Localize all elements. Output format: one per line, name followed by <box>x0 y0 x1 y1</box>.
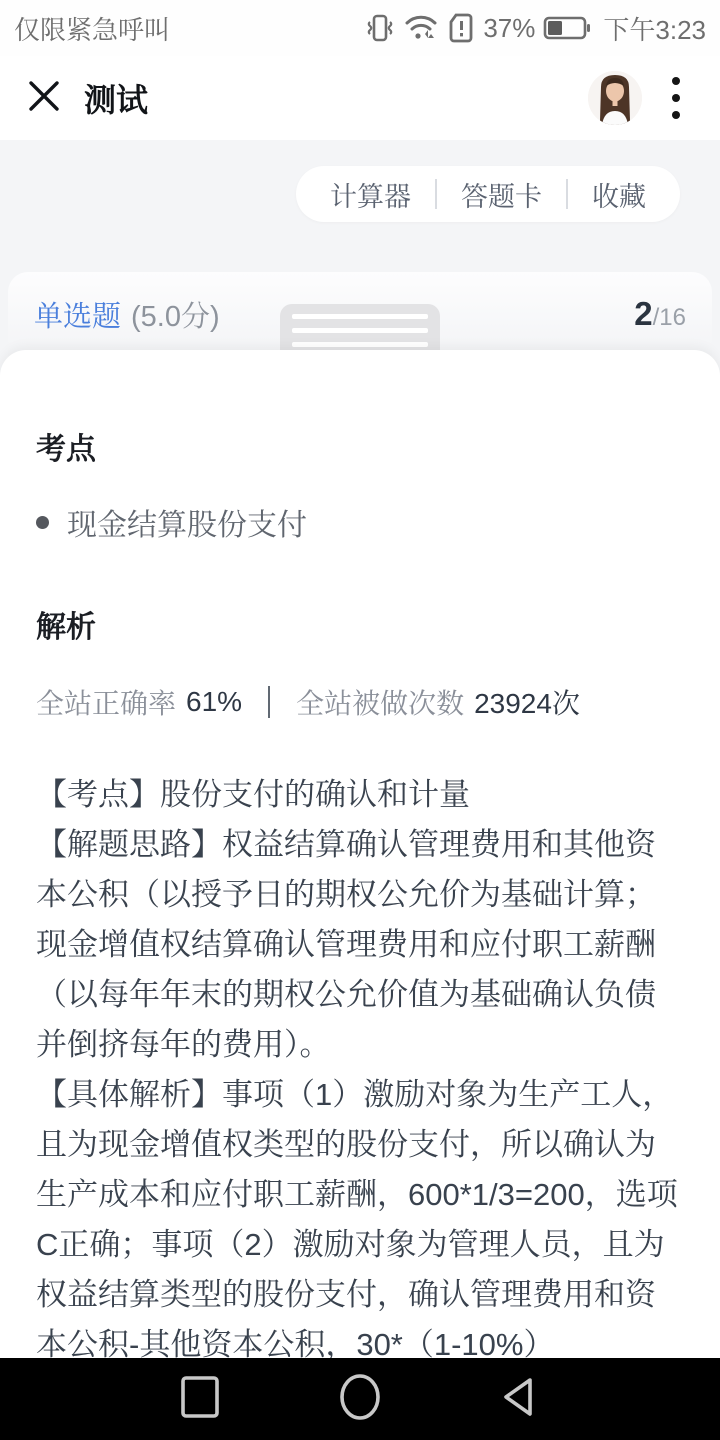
kaodian-item: 现金结算股份支付 <box>36 500 684 544</box>
accuracy-label: 全站正确率 <box>36 682 176 722</box>
android-nav-bar <box>0 1358 720 1440</box>
calculator-button[interactable]: 计算器 <box>330 175 411 214</box>
answer-card-button[interactable]: 答题卡 <box>461 175 542 214</box>
app-header: 测试 <box>0 56 720 140</box>
jiexi-heading: 解析 <box>36 602 684 646</box>
close-icon <box>26 78 62 119</box>
close-button[interactable] <box>24 78 64 118</box>
battery-icon <box>543 14 591 42</box>
home-button[interactable] <box>280 1372 440 1427</box>
question-type-label[interactable]: 单选题 <box>34 294 121 335</box>
attempts-value: 23924次 <box>474 682 580 722</box>
wifi-icon <box>403 12 439 44</box>
back-button[interactable] <box>440 1374 600 1425</box>
question-current-number: 2 <box>634 295 652 332</box>
clock-label: 下午3:23 <box>603 10 706 47</box>
vibrate-icon <box>365 12 395 44</box>
attempts-label: 全站被做次数 <box>296 682 464 722</box>
carrier-label: 仅限紧急呼叫 <box>14 10 170 47</box>
recents-square-icon <box>179 1374 221 1425</box>
question-progress: 2/16 <box>634 295 686 333</box>
kaodian-item-label: 现金结算股份支付 <box>67 500 307 544</box>
toolbar-divider <box>435 179 437 209</box>
accuracy-value: 61% <box>186 686 242 718</box>
avatar[interactable] <box>588 71 642 125</box>
page-title: 测试 <box>84 75 588 121</box>
explanation-text: 【考点】股份支付的确认和计量 【解题思路】权益结算确认管理费用和其他资本公积（以… <box>36 770 684 1358</box>
recents-button[interactable] <box>120 1374 280 1425</box>
sub-toolbar-area: 计算器 答题卡 收藏 <box>0 140 720 272</box>
stats-divider <box>268 686 270 718</box>
explanation-paragraph: 【解题思路】权益结算确认管理费用和其他资本公积（以授予日的期权公允价为基础计算；… <box>36 820 684 1070</box>
back-triangle-icon <box>497 1374 543 1425</box>
question-score-label: (5.0分) <box>131 294 220 335</box>
battery-percent-label: 37% <box>483 13 535 44</box>
kebab-menu-button[interactable] <box>656 71 696 125</box>
stats-row: 全站正确率 61% 全站被做次数 23924次 <box>36 682 684 722</box>
sim-alert-icon <box>447 12 475 44</box>
favorite-button[interactable]: 收藏 <box>592 175 646 214</box>
kaodian-heading: 考点 <box>36 424 684 468</box>
sheet-drag-handle[interactable] <box>280 304 440 356</box>
explanation-paragraph: 【具体解析】事项（1）激励对象为生产工人，且为现金增值权类型的股份支付，所以确认… <box>36 1070 684 1358</box>
status-bar: 仅限紧急呼叫 37% <box>0 0 720 56</box>
home-circle-icon <box>337 1372 383 1427</box>
question-total-number: /16 <box>653 304 686 331</box>
toolbar-divider <box>566 179 568 209</box>
kebab-menu-icon <box>672 77 680 85</box>
explanation-card: 考点 现金结算股份支付 解析 全站正确率 61% 全站被做次数 23924次 【… <box>0 350 720 1358</box>
tool-pill: 计算器 答题卡 收藏 <box>296 166 680 222</box>
explanation-paragraph: 【考点】股份支付的确认和计量 <box>36 770 684 820</box>
bullet-dot-icon <box>36 516 49 529</box>
question-info-bar: 单选题 (5.0分) 2/16 <box>8 272 712 356</box>
